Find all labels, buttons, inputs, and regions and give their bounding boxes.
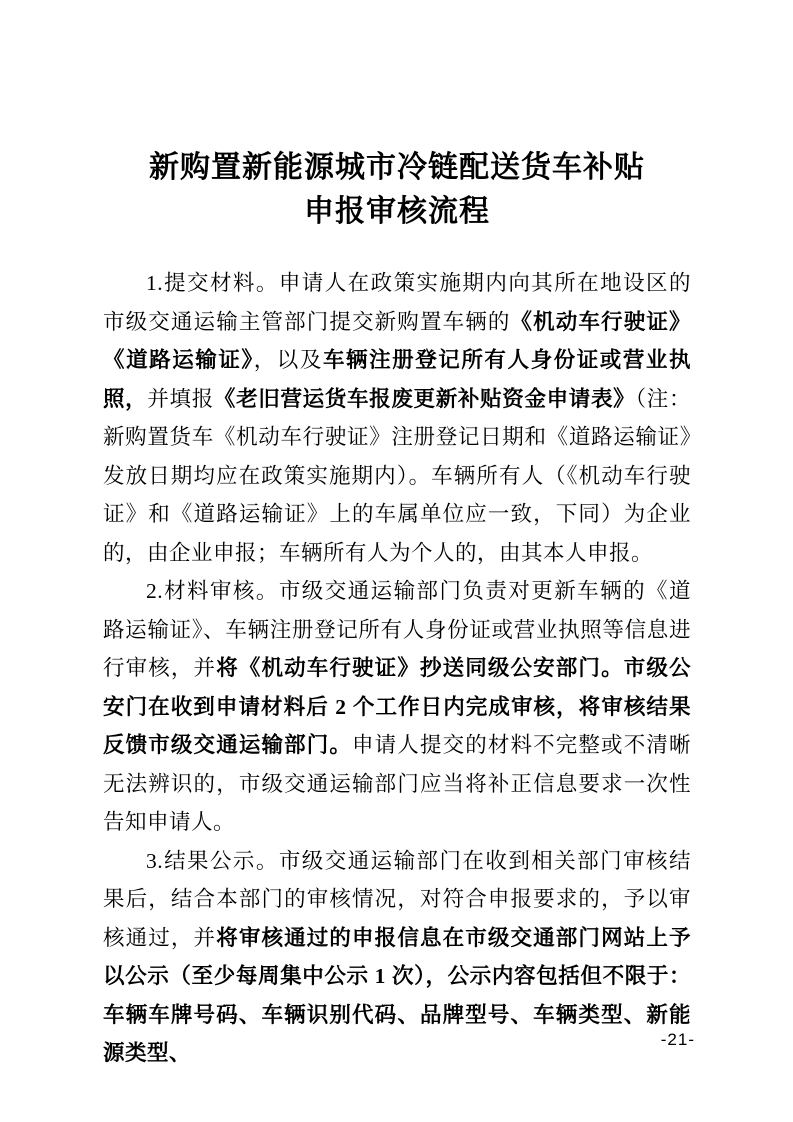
title-line-1: 新购置新能源城市冷链配送货车补贴 xyxy=(103,146,691,190)
document-title: 新购置新能源城市冷链配送货车补贴申报审核流程 xyxy=(103,146,691,234)
text-segment: ，以及 xyxy=(254,348,323,372)
text-segment-bold: 《老旧营运货车报废更新补贴资金申请表》 xyxy=(214,387,635,411)
paragraph-1: 1.提交材料。申请人在政策实施期内向其所在地设区的市级交通运输主管部门提交新购置… xyxy=(103,264,691,572)
document-body: 1.提交材料。申请人在政策实施期内向其所在地设区的市级交通运输主管部门提交新购置… xyxy=(103,264,691,1073)
text-segment: （注：新购置货车《机动车行驶证》注册登记日期和《道路运输证》发放日期均应在政策实… xyxy=(103,387,691,565)
document-page: 新购置新能源城市冷链配送货车补贴申报审核流程 1.提交材料。申请人在政策实施期内… xyxy=(0,0,793,1122)
paragraph-3: 3.结果公示。市级交通运输部门在收到相关部门审核结果后，结合本部门的审核情况，对… xyxy=(103,842,691,1073)
page-number: -21- xyxy=(661,1030,695,1050)
paragraph-2: 2.材料审核。市级交通运输部门负责对更新车辆的《道路运输证》、车辆注册登记所有人… xyxy=(103,572,691,842)
text-segment: 并填报 xyxy=(147,387,214,411)
title-line-2: 申报审核流程 xyxy=(103,190,691,234)
